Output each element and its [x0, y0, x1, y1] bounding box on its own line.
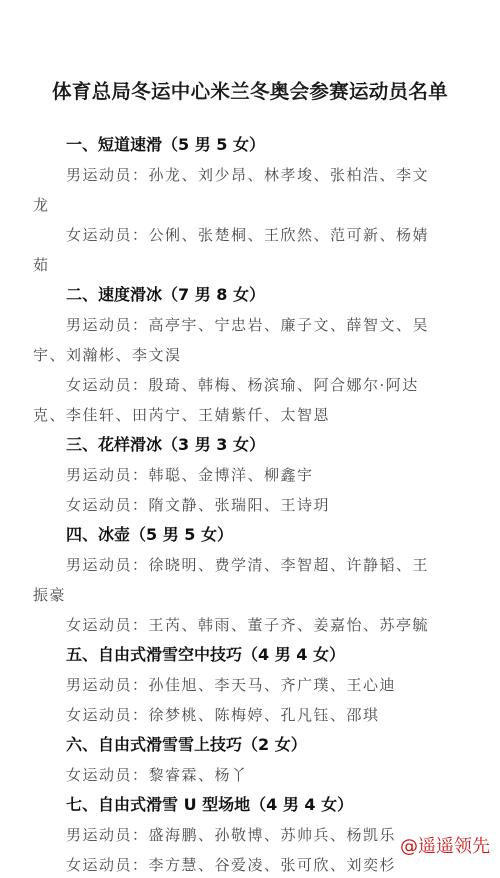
male-names: 韩聪、金博洋、柳鑫宇: [149, 466, 314, 484]
female-label: 女运动员：: [66, 226, 149, 244]
female-roster: 女运动员：公俐、张楚桐、王欣然、范可新、杨婧茹: [33, 220, 438, 280]
male-roster: 男运动员：孙佳旭、李天马、齐广璞、王心迪: [33, 670, 438, 700]
roster-content: 一、短道速滑（5 男 5 女） 男运动员：孙龙、刘少昂、林孝埈、张柏浩、李文龙 …: [33, 130, 473, 878]
female-roster: 女运动员：王芮、韩雨、董子齐、姜嘉怡、苏亭毓: [33, 610, 438, 640]
watermark: @遥遥领先: [400, 832, 490, 858]
male-roster: 男运动员：高亭宇、宁忠岩、廉子文、薛智文、吴宇、刘瀚彬、李文淏: [33, 310, 438, 370]
section-figure-skating: 三、花样滑冰（3 男 3 女） 男运动员：韩聪、金博洋、柳鑫宇 女运动员：隋文静…: [33, 430, 473, 520]
male-roster: 男运动员：盛海鹏、孙敬博、苏帅兵、杨凯乐: [33, 820, 438, 850]
female-names: 隋文静、张瑞阳、王诗玥: [149, 496, 331, 514]
section-heading: 七、自由式滑雪 U 型场地（4 男 4 女）: [33, 790, 473, 820]
male-label: 男运动员：: [66, 676, 149, 694]
female-label: 女运动员：: [66, 496, 149, 514]
male-names: 孙佳旭、李天马、齐广璞、王心迪: [149, 676, 397, 694]
female-label: 女运动员：: [66, 376, 149, 394]
female-roster: 女运动员：徐梦桃、陈梅婷、孔凡钰、邵琪: [33, 700, 438, 730]
section-speed-skating: 二、速度滑冰（7 男 8 女） 男运动员：高亭宇、宁忠岩、廉子文、薛智文、吴宇、…: [33, 280, 473, 430]
female-roster: 女运动员：黎睿霖、杨丫: [33, 760, 438, 790]
male-roster: 男运动员：孙龙、刘少昂、林孝埈、张柏浩、李文龙: [33, 160, 438, 220]
female-names: 王芮、韩雨、董子齐、姜嘉怡、苏亭毓: [149, 616, 430, 634]
female-roster: 女运动员：隋文静、张瑞阳、王诗玥: [33, 490, 438, 520]
section-short-track: 一、短道速滑（5 男 5 女） 男运动员：孙龙、刘少昂、林孝埈、张柏浩、李文龙 …: [33, 130, 473, 280]
section-heading: 五、自由式滑雪空中技巧（4 男 4 女）: [33, 640, 473, 670]
male-roster: 男运动员：徐晓明、费学清、李智超、许静韬、王振豪: [33, 550, 438, 610]
section-heading: 六、自由式滑雪雪上技巧（2 女）: [33, 730, 473, 760]
male-label: 男运动员：: [66, 466, 149, 484]
section-freestyle-moguls: 六、自由式滑雪雪上技巧（2 女） 女运动员：黎睿霖、杨丫: [33, 730, 473, 790]
male-roster: 男运动员：韩聪、金博洋、柳鑫宇: [33, 460, 438, 490]
male-label: 男运动员：: [66, 166, 149, 184]
section-heading: 二、速度滑冰（7 男 8 女）: [33, 280, 473, 310]
section-heading: 四、冰壶（5 男 5 女）: [33, 520, 473, 550]
female-names: 李方慧、谷爱凌、张可欣、刘奕杉: [149, 856, 397, 874]
male-names: 盛海鹏、孙敬博、苏帅兵、杨凯乐: [149, 826, 397, 844]
document-title: 体育总局冬运中心米兰冬奥会参赛运动员名单: [0, 76, 500, 104]
section-freestyle-aerials: 五、自由式滑雪空中技巧（4 男 4 女） 男运动员：孙佳旭、李天马、齐广璞、王心…: [33, 640, 473, 730]
male-label: 男运动员：: [66, 316, 149, 334]
female-label: 女运动员：: [66, 616, 149, 634]
section-curling: 四、冰壶（5 男 5 女） 男运动员：徐晓明、费学清、李智超、许静韬、王振豪 女…: [33, 520, 473, 640]
section-heading: 一、短道速滑（5 男 5 女）: [33, 130, 473, 160]
female-label: 女运动员：: [66, 856, 149, 874]
male-label: 男运动员：: [66, 826, 149, 844]
female-label: 女运动员：: [66, 706, 149, 724]
female-roster: 女运动员：殷琦、韩梅、杨滨瑜、阿合娜尔·阿达克、李佳轩、田芮宁、王婧紫仟、太智恩: [33, 370, 438, 430]
female-roster: 女运动员：李方慧、谷爱凌、张可欣、刘奕杉: [33, 850, 438, 878]
male-label: 男运动员：: [66, 556, 149, 574]
female-names: 黎睿霖、杨丫: [149, 766, 248, 784]
section-heading: 三、花样滑冰（3 男 3 女）: [33, 430, 473, 460]
female-label: 女运动员：: [66, 766, 149, 784]
female-names: 徐梦桃、陈梅婷、孔凡钰、邵琪: [149, 706, 380, 724]
